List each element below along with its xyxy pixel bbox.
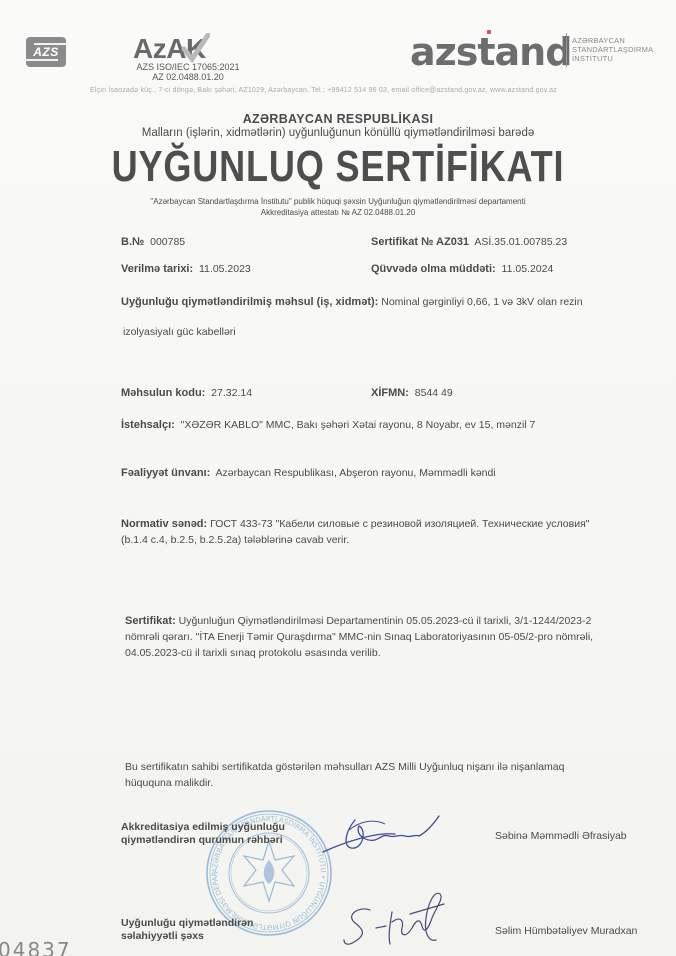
certificate-number: Sertifikat № AZ031 ASİ.35.01.00785.23	[371, 236, 567, 248]
blank-number: B.№ 000785	[121, 236, 185, 248]
assessed-product-continued: izolyasiyalı güc kabelləri	[123, 326, 236, 338]
validity-date: Qüvvədə olma müddəti: 11.05.2024	[371, 263, 553, 275]
azstand-logo-dot	[487, 30, 491, 34]
normative-document: Normativ sənəd: ГОСТ 433-73 "Кабели сило…	[121, 516, 590, 548]
institute-line: "Azərbaycan Standartlaşdırma İnstitutu" …	[0, 197, 676, 206]
head-signatory-name: Səbinə Məmmədli Əfrasiyab	[495, 830, 627, 842]
officer-signatory-name: Səlim Hümbətəliyev Muradxan	[495, 925, 637, 937]
product-code: Məhsulun kodu: 27.32.14	[121, 387, 252, 399]
certificate-page: AZS AzAK AZS ISO/IEC 17065:2021 AZ 02.04…	[0, 0, 676, 956]
serial-number: 04837	[0, 938, 72, 956]
logo-divider	[566, 33, 567, 67]
checkmark-icon	[180, 33, 210, 63]
azak-accreditation-info: AZS ISO/IEC 17065:2021 AZ 02.0488.01.20	[118, 62, 258, 82]
republic-heading: AZƏRBAYCAN RESPUBLİKASI	[0, 112, 676, 126]
head-signatory-title: Akkreditasiya edilmiş uyğunluğu qiymətlə…	[121, 821, 285, 847]
accreditation-line: Akkreditasiya attestatı № AZ 02.0488.01.…	[0, 208, 676, 217]
xifmn-code: XİFMN: 8544 49	[371, 387, 453, 399]
head-signature-icon	[315, 812, 445, 860]
officer-signatory-title: Uyğunluğu qiymətləndirən səlahiyyətli şə…	[121, 917, 253, 943]
activity-address: Fəaliyyət ünvanı: Azərbaycan Respublikas…	[121, 467, 496, 479]
marking-rights: Bu sertifikatın sahibi sertifikatda göst…	[125, 759, 564, 791]
address-line: Elçin İsaozadə küç., 7-ci döngə, Bakı şə…	[90, 87, 670, 94]
azstand-logo: azstand	[410, 33, 571, 71]
issue-date: Verilmə tarixi: 11.05.2023	[121, 263, 251, 275]
certificate-title: UYĞUNLUQ SERTİFİKATI	[61, 141, 615, 193]
azstand-institute-name: AZƏRBAYCAN STANDARTLAŞDIRMA İNSTİTUTU	[572, 36, 653, 63]
officer-signature-icon	[340, 888, 450, 952]
certificate-subtitle: Malların (işlərin, xidmətlərin) uyğunluğ…	[0, 127, 676, 139]
manufacturer: İstehsalçı: "XƏZƏR KABLO" MMC, Bakı şəhə…	[121, 419, 535, 431]
azs-logo: AZS	[26, 37, 66, 67]
assessed-product: Uyğunluğu qiymətləndirilmiş məhsul (iş, …	[121, 296, 583, 308]
certificate-basis: Sertifikat: Uyğunluğun Qiymətləndirilməs…	[125, 613, 593, 661]
